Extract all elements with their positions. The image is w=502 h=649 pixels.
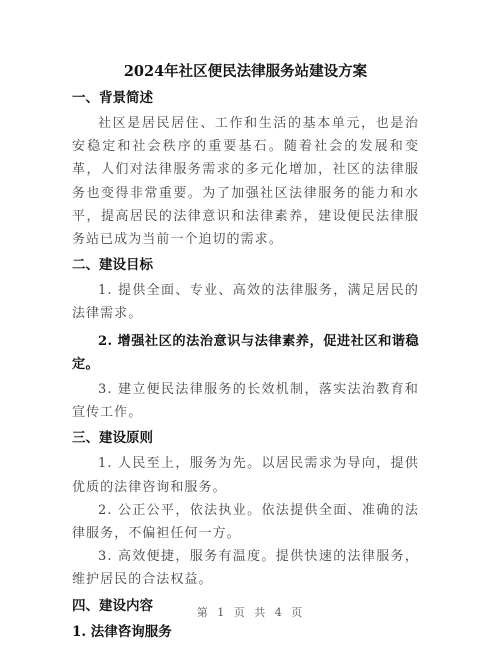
section-heading-background: 一、背景简述 — [72, 87, 419, 110]
principle-item-1: 1. 人民至上，服务为先。以居民需求为导向，提供优质的法律咨询和服务。 — [72, 452, 419, 498]
document-title: 2024年社区便民法律服务站建设方案 — [72, 60, 419, 84]
principle-item-3: 3. 高效便捷，服务有温度。提供快速的法律服务，维护居民的合法权益。 — [72, 545, 419, 591]
document-page: 2024年社区便民法律服务站建设方案 一、背景简述 社区是居民居住、工作和生活的… — [0, 0, 502, 649]
subheading-legal-consulting: 1. 法律咨询服务 — [72, 621, 419, 644]
goal-item-3: 3. 建立便民法律服务的长效机制，落实法治教育和宣传工作。 — [72, 378, 419, 424]
document-content: 2024年社区便民法律服务站建设方案 一、背景简述 社区是居民居住、工作和生活的… — [72, 60, 419, 646]
page-footer: 第 1 页 共 4 页 — [0, 604, 502, 620]
section-heading-goals: 二、建设目标 — [72, 254, 419, 277]
goal-item-1: 1. 提供全面、专业、高效的法律服务，满足居民的法律需求。 — [72, 279, 419, 325]
goal-item-2: 2. 增强社区的法治意识与法律素养，促进社区和谐稳定。 — [72, 330, 419, 376]
principle-item-2: 2. 公正公平，依法执业。依法提供全面、准确的法律服务，不偏袒任何一方。 — [72, 499, 419, 545]
section-heading-principles: 三、建设原则 — [72, 427, 419, 450]
paragraph-background: 社区是居民居住、工作和生活的基本单元，也是治安稳定和社会秩序的重要基石。随着社会… — [72, 112, 419, 251]
